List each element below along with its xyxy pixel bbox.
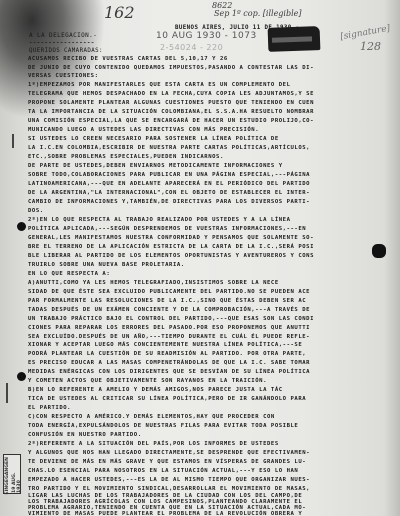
body-line: 2º)REFERENTE A LA SITUACIÓN DEL PAÍS,POR… — [28, 442, 279, 448]
redaction-blot — [268, 26, 321, 52]
body-line: UN TRABAJO PRÁCTICO BAJO EL CONTROL DEL … — [28, 317, 314, 323]
body-line: EMPEZADO A HACER USTEDES,---ES LA DE AL … — [28, 478, 310, 484]
body-line: SIDAD DE QUE ÉSTE SEA EXCLUIDO PUBLICAME… — [28, 290, 310, 296]
handwritten-annotation-2: Sep 1º cop. [illegible] — [214, 9, 302, 18]
body-line: CHAS.LO ESENCIAL PARA NOSOTROS EN LA SIT… — [28, 469, 298, 475]
body-line: GENERAL,LES MANIFESTAMOS NUESTRA CONFORM… — [28, 236, 314, 242]
received-stamp: 10 AUG 1930 - 1073 — [156, 31, 257, 41]
body-line: VERSAS CUESTIONES: — [28, 74, 99, 80]
body-line: SI USTEDES LO CREEN NECESARIO PARA SOSTE… — [28, 137, 279, 143]
margin-mark — [12, 134, 14, 148]
body-line: BRE EL TERRENO DE LA APLICACIÓN ESTRICTA… — [28, 245, 314, 251]
body-line: ACUSAMOS RECIBO DE VUESTRAS CARTAS DEL 5… — [28, 57, 228, 63]
body-line: ETC.,SOBRE PROBLEMAS ESPECIALES,PUEDEN I… — [28, 155, 224, 161]
body-line: CONFUSIÓN EN NUESTRO PARTIDO. — [28, 433, 142, 439]
body-line: C)CON RESPECTO A AMÉRICO.Y DEMÁS ELEMENT… — [28, 415, 275, 421]
body-line: 2º)EN LO QUE RESPECTA AL TRABAJO REALIZA… — [28, 218, 291, 224]
salutation: QUERIDOS CAMARADAS: — [29, 48, 103, 54]
receipt-stamp: EINGEGANGEN 19 AUG. 1930 — [3, 454, 21, 494]
body-line: POLÍTICA APLICADA,---SEGÚN DESPRENDEMOS … — [28, 227, 306, 233]
body-line: Y COMETEN ACTOS QUE OBJETIVAMENTE SON RA… — [28, 379, 267, 385]
addressee: A LA DELEGACION.- — [29, 32, 97, 39]
body-line: DE PARTE DE USTEDES,DEBEN ENVIARNOS METO… — [28, 164, 283, 170]
body-line: LA I.C.EN COLOMBIA,ESCRIBIR DE NUESTRA P… — [28, 146, 310, 152]
punch-hole — [17, 222, 26, 231]
handwritten-folio-number: 162 — [104, 3, 135, 22]
body-line: PAR FORMALMENTE LAS RESOLUCIONES DE LA I… — [28, 299, 306, 305]
receipt-stamp-label: EINGEGANGEN — [5, 457, 10, 495]
body-line: MEDIDAS ENÉRGICAS CON LOS DIRIGENTES QUE… — [28, 370, 310, 376]
body-line: TRUIRLO SOBRE UNA NUEVA BASE PROLETARIA. — [28, 263, 185, 269]
body-line: SOBRE TODO,COLABORACIONES PARA PUBLICAR … — [28, 173, 310, 179]
body-line: CIONES PARA REPARAR LOS ERRORES DEL PASA… — [28, 326, 310, 332]
body-line: DOS. — [28, 209, 44, 215]
body-line: TE DEVIENE DE MÁS EN MÁS GRAVE Y QUE EST… — [28, 460, 306, 466]
body-line: 1º)EMPEZAMOS POR MANIFESTARLES QUE ESTA … — [28, 83, 291, 89]
body-line: DE JUNIO DE CUYO CONTENIDO QUEDAMOS IMPU… — [28, 66, 314, 72]
punch-hole — [17, 372, 26, 381]
body-line: BLE LIBERAR AL PARTIDO DE LOS ELEMENTOS … — [28, 254, 314, 260]
handwritten-page-number: 128 — [360, 40, 381, 53]
body-line: LATINOAMERICANA,---QUE EN ADELANTE APARE… — [28, 182, 310, 188]
body-line: B)EN LO REFERENTE A AMELIO Y DEMÁS AMIGO… — [28, 388, 283, 394]
receipt-stamp-date: 19 AUG. 1930 — [12, 458, 22, 493]
body-line: TODA ENERGÍA,EXPULSÁNDOLOS DE NUESTRAS F… — [28, 424, 298, 430]
body-line: TADAS DESPUÉS DE UN EXÁMEN CONCIENTE Y D… — [28, 308, 310, 314]
body-line: CAMBIO DE INFORMACIONES Y,TAMBIÉN,DE DIR… — [28, 200, 310, 206]
body-line: EN LO QUE RESPECTA A: — [28, 272, 110, 278]
body-line: DE LA ARGENTINA,"LA INTERNACIONAL",CON E… — [28, 191, 310, 197]
body-line: PROPONE SOLAMENTE PLANTEAR ALGUNAS CUEST… — [28, 101, 314, 107]
body-line: SEA EXCLUÍDO.DESPUÉS DE UN AÑO,---TIEMPO… — [28, 335, 310, 341]
body-line: TA LA IMPORTANCIA DE LA SITUACIÓN COLOMB… — [28, 110, 314, 116]
body-line: Y ALGUNOS QUE NOS HAN LLEGADO DIRECTAMEN… — [28, 451, 310, 457]
body-line: EL PARTIDO. — [28, 406, 71, 412]
margin-mark — [6, 383, 8, 403]
body-line: TICA DE USTEDES AL CRITICAR SU LÍNEA POL… — [28, 397, 306, 403]
addressee-underline: ----------------- — [29, 40, 95, 46]
faint-stamp: 2-54024 - 220 — [160, 43, 223, 52]
body-line: UNA COMISIÓN ESPECIAL,LA QUE SE ENCARGAR… — [28, 119, 314, 125]
body-line: TRO PARTIDO Y EL MOVIMIENTO SINDICAL,DES… — [28, 487, 310, 493]
body-line: ES PRECISO EDUCAR A LAS MASAS COMPENETRÁ… — [28, 361, 310, 367]
body-line: TELEGRAMA QUE HEMOS DESPACHADO EN LA FEC… — [28, 92, 314, 98]
body-line: A)ANUTTI,COMO YA LES HEMOS TELEGRAFIADO,… — [28, 281, 279, 287]
body-line: XIONAR Y ACEPTAR LUEGO MÁS CONCIENTEMENT… — [28, 343, 302, 349]
body-line: PODRÁ PLANTEAR LA CUESTIÓN DE SU READMIS… — [28, 352, 306, 358]
ink-blot — [372, 244, 386, 258]
body-line: MUNICANDO LUEGO A USTEDES LAS DIRECTIVAS… — [28, 128, 259, 134]
body-line: VIMIENTO DE MASAS PUEDE PLANTEAR EL PROB… — [28, 512, 302, 516]
